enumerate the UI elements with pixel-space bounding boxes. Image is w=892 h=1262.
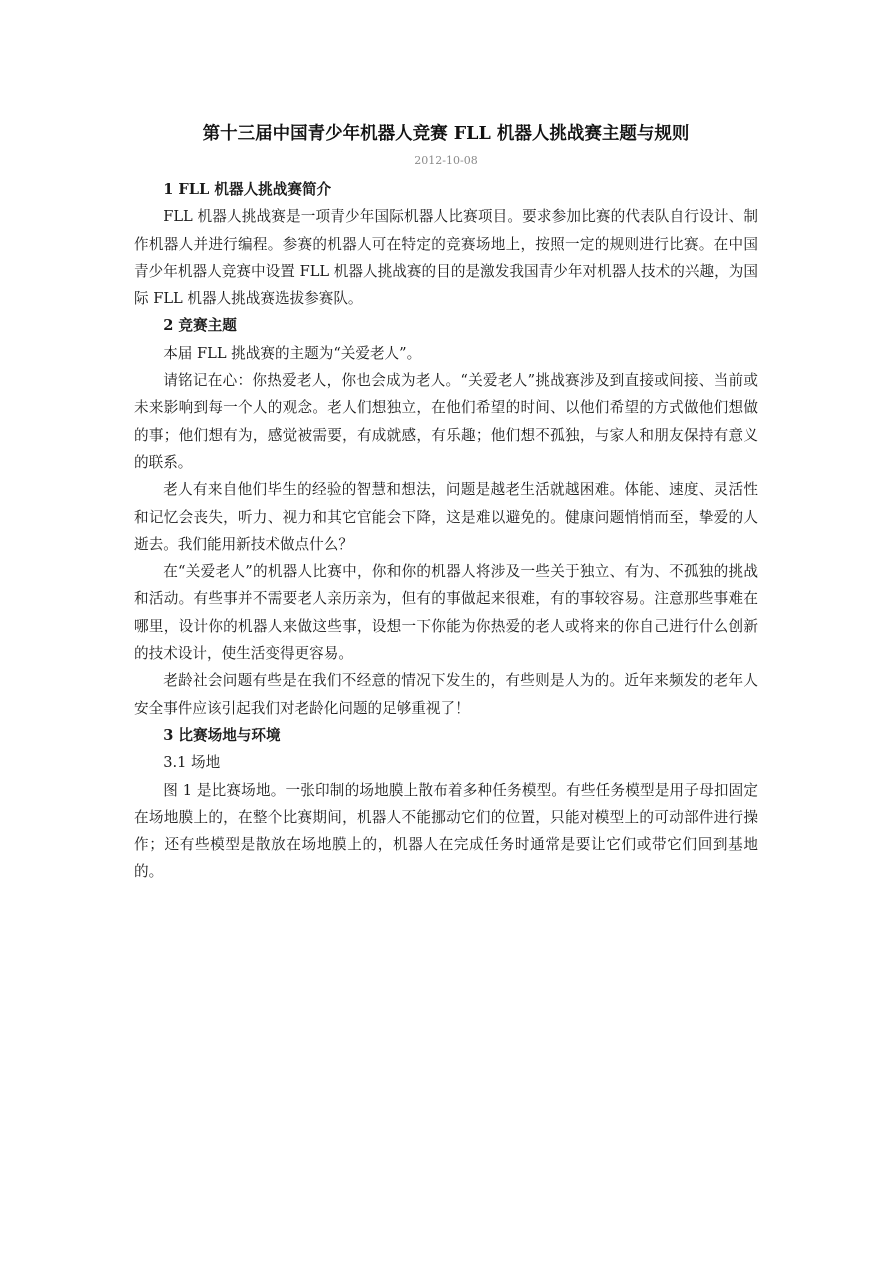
section-heading: 2 竞赛主题 bbox=[134, 312, 758, 339]
section-heading: 3 比赛场地与环境 bbox=[134, 722, 758, 749]
paragraph: 请铭记在心：你热爱老人，你也会成为老人。“关爱老人”挑战赛涉及到直接或间接、当前… bbox=[134, 367, 758, 476]
paragraph: 在“关爱老人”的机器人比赛中，你和你的机器人将涉及一些关于独立、有为、不孤独的挑… bbox=[134, 558, 758, 667]
paragraph: 图 1 是比赛场地。一张印制的场地膜上散布着多种任务模型。有些任务模型是用子母扣… bbox=[134, 777, 758, 886]
section-heading: 1 FLL 机器人挑战赛简介 bbox=[134, 176, 758, 203]
paragraph: 老人有来自他们毕生的经验的智慧和想法，问题是越老生活就越困难。体能、速度、灵活性… bbox=[134, 476, 758, 558]
paragraph: FLL 机器人挑战赛是一项青少年国际机器人比赛项目。要求参加比赛的代表队自行设计… bbox=[134, 203, 758, 312]
paragraph: 老龄社会问题有些是在我们不经意的情况下发生的，有些则是人为的。近年来频发的老年人… bbox=[134, 667, 758, 722]
paragraph: 本届 FLL 挑战赛的主题为“关爱老人”。 bbox=[134, 340, 758, 367]
publish-date: 2012-10-08 bbox=[134, 154, 758, 167]
document-title: 第十三届中国青少年机器人竞赛 FLL 机器人挑战赛主题与规则 bbox=[134, 120, 758, 145]
document-body: 1 FLL 机器人挑战赛简介 FLL 机器人挑战赛是一项青少年国际机器人比赛项目… bbox=[134, 176, 758, 886]
subsection-heading: 3.1 场地 bbox=[134, 749, 758, 776]
